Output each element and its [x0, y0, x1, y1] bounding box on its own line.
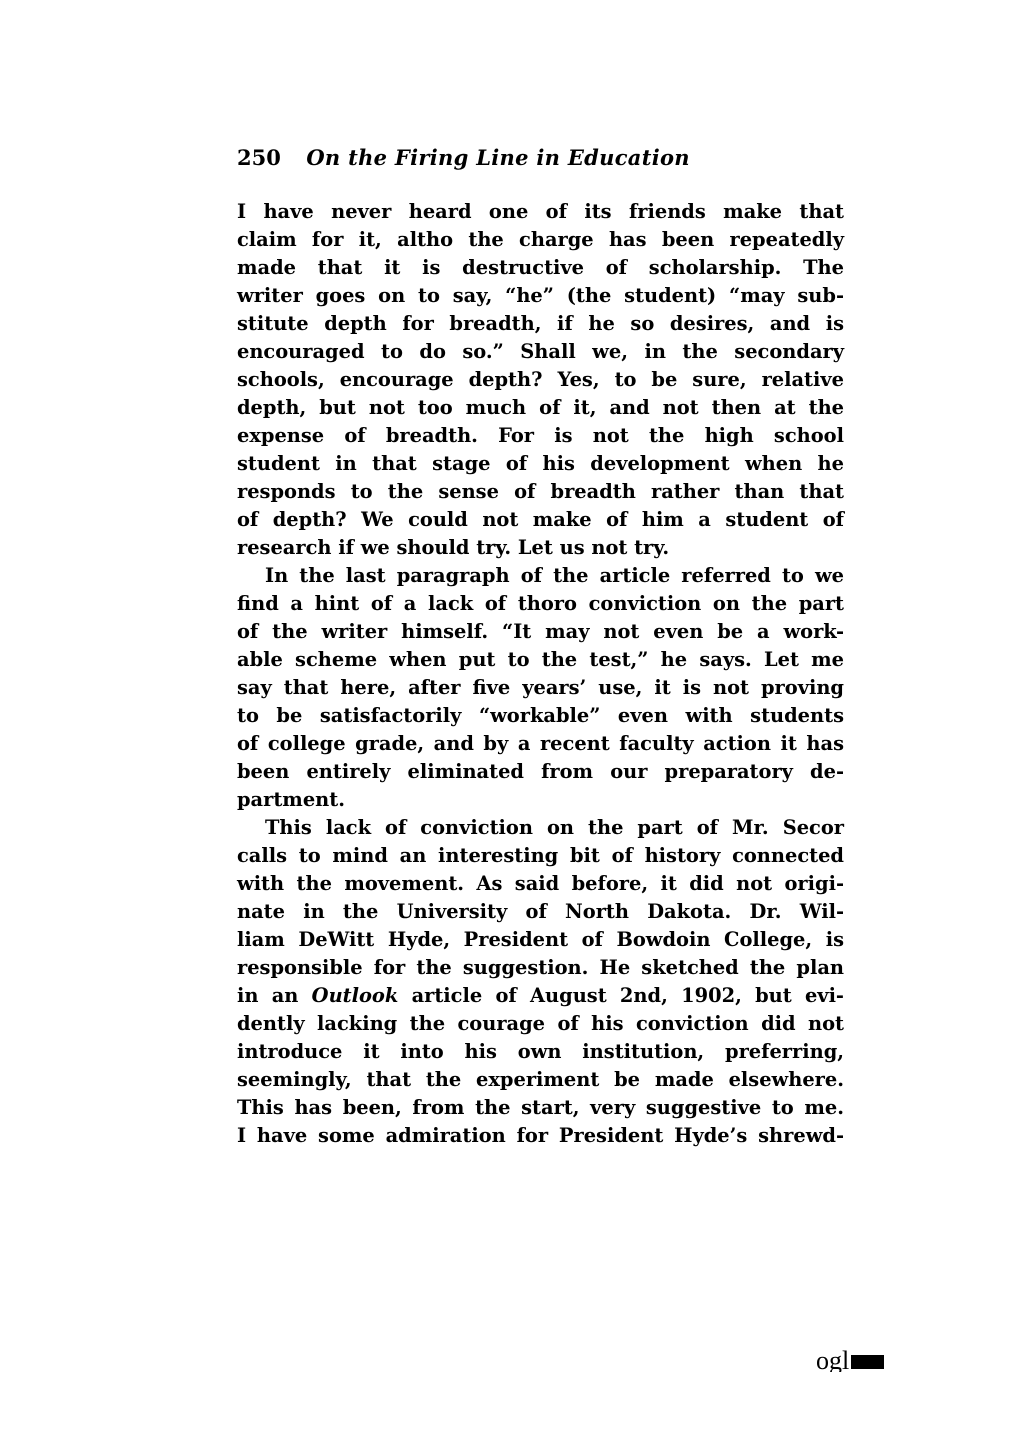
text-line: calls to mind an interesting bit of hist…: [237, 842, 844, 870]
text-line: This has been, from the start, very sugg…: [237, 1094, 844, 1122]
text-line: been entirely eliminated from our prepar…: [237, 758, 844, 786]
text-line: encouraged to do so.” Shall we, in the s…: [237, 338, 844, 366]
text-line: nate in the University of North Dakota. …: [237, 898, 844, 926]
text-line: introduce it into his own institution, p…: [237, 1038, 844, 1066]
text-line: able scheme when put to the test,” he sa…: [237, 646, 844, 674]
text-line: This lack of conviction on the part of M…: [237, 814, 844, 842]
text-line: made that it is destructive of scholarsh…: [237, 254, 844, 282]
running-head: 250 On the Firing Line in Education: [237, 141, 844, 175]
text-line: seemingly, that the experiment be made e…: [237, 1066, 844, 1094]
text-line: claim for it, altho the charge has been …: [237, 226, 844, 254]
text-line: find a hint of a lack of thoro convictio…: [237, 590, 844, 618]
scan-watermark: ogl: [816, 1350, 884, 1372]
text-line: depth, but not too much of it, and not t…: [237, 394, 844, 422]
text-line: stitute depth for breadth, if he so desi…: [237, 310, 844, 338]
text-line: say that here, after five years’ use, it…: [237, 674, 844, 702]
text-line: dently lacking the courage of his convic…: [237, 1010, 844, 1038]
text-line: liam DeWitt Hyde, President of Bowdoin C…: [237, 926, 844, 954]
text-span: article of August 2nd, 1902, but evi-: [398, 984, 844, 1007]
text-line: I have never heard one of its friends ma…: [237, 198, 844, 226]
text-line: to be satisfactorily “workable” even wit…: [237, 702, 844, 730]
text-line: responsible for the suggestion. He sketc…: [237, 954, 844, 982]
paragraph-3: This lack of conviction on the part of M…: [237, 814, 844, 1150]
paragraph-1: I have never heard one of its friends ma…: [237, 198, 844, 562]
text-line-outlook: in an Outlook article of August 2nd, 190…: [237, 982, 844, 1010]
text-line: of the writer himself. “It may not even …: [237, 618, 844, 646]
text-line: of depth? We could not make of him a stu…: [237, 506, 844, 534]
text-line: student in that stage of his development…: [237, 450, 844, 478]
paragraph-2: In the last paragraph of the article ref…: [237, 562, 844, 814]
page-number: 250: [237, 141, 299, 175]
book-page: 250 On the Firing Line in Education I ha…: [237, 141, 844, 1150]
text-line: expense of breadth. For is not the high …: [237, 422, 844, 450]
text-line: schools, encourage depth? Yes, to be sur…: [237, 366, 844, 394]
text-line: responds to the sense of breadth rather …: [237, 478, 844, 506]
text-line: I have some admiration for President Hyd…: [237, 1122, 844, 1150]
watermark-text: ogl: [816, 1350, 849, 1372]
text-line: writer goes on to say, “he” (the student…: [237, 282, 844, 310]
body-text: I have never heard one of its friends ma…: [237, 198, 844, 1150]
text-line: of college grade, and by a recent facult…: [237, 730, 844, 758]
watermark-block: [851, 1355, 884, 1369]
text-line: partment.: [237, 786, 844, 814]
running-title: On the Firing Line in Education: [306, 145, 690, 170]
text-line: with the movement. As said before, it di…: [237, 870, 844, 898]
italic-title-outlook: Outlook: [312, 984, 399, 1007]
text-line: research if we should try. Let us not tr…: [237, 534, 844, 562]
text-span: in an: [237, 984, 312, 1007]
text-line: In the last paragraph of the article ref…: [237, 562, 844, 590]
